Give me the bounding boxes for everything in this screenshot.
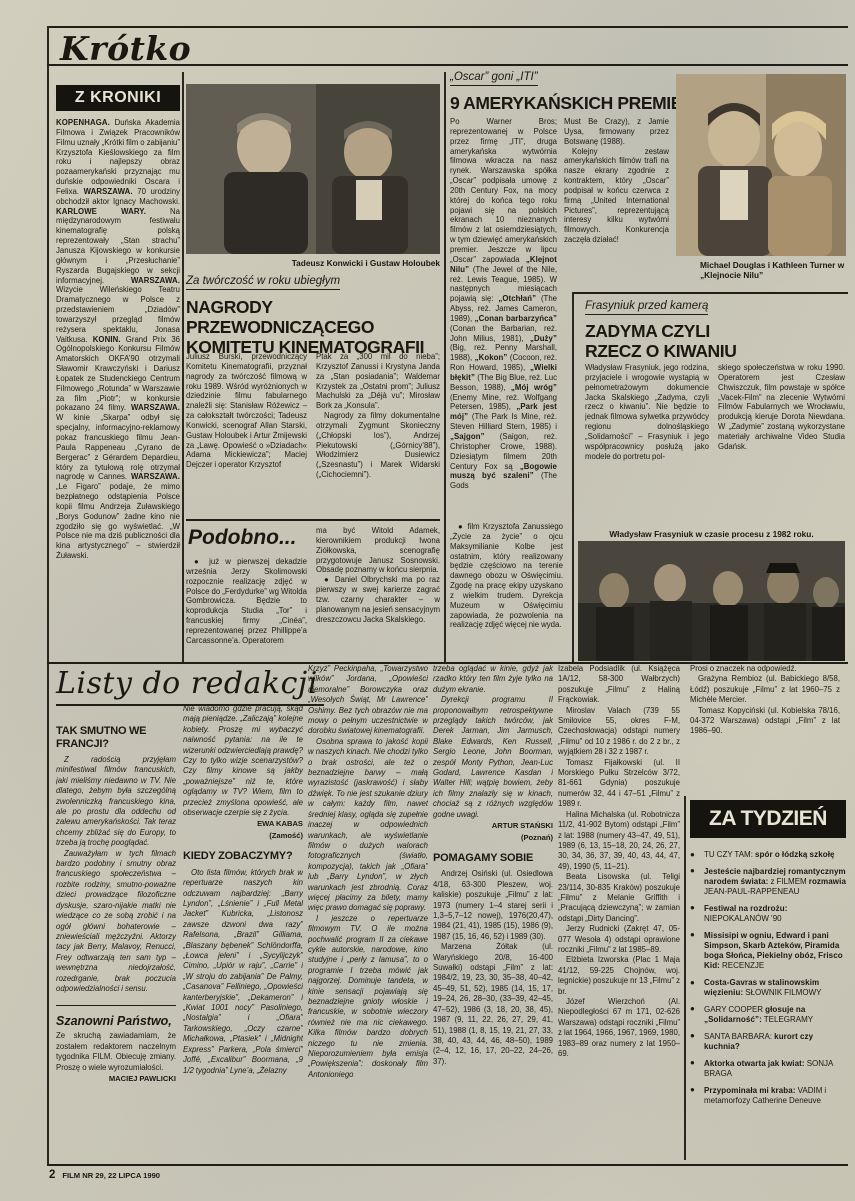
text-block: ma być Witold Adamek, kierownikiem produ… bbox=[316, 526, 440, 575]
text-block: Juliusz Burski, przewodniczący Komitetu … bbox=[186, 352, 307, 470]
podobno-heading: Podobno... bbox=[188, 526, 296, 550]
text-block: Halina Michalska (ul. Robotnicza 11/2, 4… bbox=[558, 810, 680, 872]
frasyniuk-col1: Władysław Frasyniuk, jego rodzina, przyj… bbox=[585, 363, 709, 525]
nagrody-col2: Ptak za „300 mil do nieba”; Krzysztof Za… bbox=[316, 352, 440, 515]
listy-col6: Prosi o znaczek na odpowiedź.Grażyna Rem… bbox=[690, 664, 840, 794]
photo-illustration bbox=[578, 541, 845, 661]
text-block: Nie wiadomo gdzie pracują, skąd mają pie… bbox=[183, 704, 303, 818]
text-block: Tomasz Kopyciński (ul. Kobielska 78/16, … bbox=[690, 706, 840, 737]
text-block: Ptak za „300 mil do nieba”; Krzysztof Za… bbox=[316, 352, 440, 411]
text-block: POMAGAMY SOBIE bbox=[433, 852, 553, 865]
column-divider bbox=[182, 72, 184, 663]
text-block: Must Be Crazy), z Jamie Uysa, firmowany … bbox=[564, 117, 669, 147]
text-block: skiego społeczeństwa w roku 1990. Operat… bbox=[718, 363, 845, 452]
text-block: Krzyż” Peckinpaha, „Towarzystwo wilków” … bbox=[308, 664, 428, 737]
text-block: Józef Wierzchoń (Al. Niepodległości 67 m… bbox=[558, 997, 680, 1059]
text-block: SANTA BARBARA: kurort czy kuchnia? bbox=[690, 1032, 846, 1052]
text-block: Marzena Żółtak (ul. Waryńskiego 20/8, 16… bbox=[433, 942, 553, 1067]
frasyniuk-headline: ZADYMA CZYLI RZECZ O KIWANIU bbox=[585, 321, 845, 361]
podobno-col3: ● film Krzysztofa Zanussiego „Życie za ż… bbox=[450, 522, 563, 662]
text-block: ARTUR STAŃSKI bbox=[433, 821, 553, 831]
frasyniuk-photo bbox=[578, 541, 845, 661]
text-block: Grażyna Rembioz (ul. Babickiego 8/58, Łó… bbox=[690, 674, 840, 705]
text-block: (Poznań) bbox=[433, 833, 553, 843]
text-block: EWA KABAS bbox=[183, 819, 303, 829]
text-block: (Zamość) bbox=[183, 831, 303, 841]
text-block: Miroslav Valach (739 55 Smilovice 55, ok… bbox=[558, 706, 680, 758]
text-block: Osobna sprawa to jakość kopii w naszych … bbox=[308, 737, 428, 914]
text-block: TU CZY TAM: spór o łódzką szkołę bbox=[690, 850, 846, 860]
page-footer: 2 FILM NR 29, 22 LIPCA 1990 bbox=[49, 1169, 160, 1181]
text-block: Zauważyłam w tych filmach bardzo podobny… bbox=[56, 849, 176, 995]
column-divider bbox=[444, 72, 446, 663]
kronika-header: Z KRONIKI bbox=[56, 85, 180, 111]
text-block: Ze skruchą zawiadamiam, że zostałem reda… bbox=[56, 1031, 176, 1073]
newspaper-page: Krótko Z KRONIKI KOPENHAGA. Duńska Akade… bbox=[0, 0, 855, 1201]
text-block: Przypominała mi kraba: VADIM i metamorfo… bbox=[690, 1086, 846, 1106]
frasyniuk-col2: skiego społeczeństwa w roku 1990. Operat… bbox=[718, 363, 845, 525]
masthead-bottom-rule bbox=[47, 64, 848, 66]
text-block: Tomasz Fijałkowski (ul. II Morskiego Puł… bbox=[558, 758, 680, 810]
oscar-col1: Po Warner Bros; reprezentowanej w Polsce… bbox=[450, 117, 557, 518]
frasyniuk-box-top-rule bbox=[572, 292, 848, 294]
text-block: Władysław Frasyniuk, jego rodzina, przyj… bbox=[585, 363, 709, 461]
text-block: TAK SMUTNO WE FRANCJI? bbox=[56, 725, 176, 750]
listy-col2: Nie wiadomo gdzie pracują, skąd mają pie… bbox=[183, 704, 303, 1160]
footer-rule bbox=[47, 1164, 848, 1166]
za-tydzien-left-rule bbox=[684, 796, 686, 1160]
text-block: Costa-Gavras w stalinowskim więzieniu: S… bbox=[690, 978, 846, 998]
text-block: trzeba oglądać w kinie, gdyż jak rzadko … bbox=[433, 664, 553, 695]
text-block: GARY COOPER głosuje na „Solidarność”: TE… bbox=[690, 1005, 846, 1025]
text-block: Aktorka otwarta jak kwiat: SONJA BRAGA bbox=[690, 1059, 846, 1079]
text-block: Jerzy Rudnicki (Zakręt 47, 05-077 Wesoła… bbox=[558, 924, 680, 955]
text-block: Z radością przyjęłam minifestiwal filmów… bbox=[56, 755, 176, 849]
oscar-headline: 9 AMERYKAŃSKICH PREMIER bbox=[450, 93, 675, 113]
listy-heading: Listy do redakcji bbox=[56, 666, 324, 706]
kronika-body: KOPENHAGA. Duńska Akademia Filmowa i Zwi… bbox=[56, 118, 180, 663]
konwicki-holoubek-photo bbox=[186, 84, 440, 254]
nagrody-kicker: Za twórczość w roku ubiegłym bbox=[186, 275, 340, 290]
listy-col1: TAK SMUTNO WE FRANCJI?Z radością przyjęł… bbox=[56, 716, 176, 1160]
text-block: I jeszcze o repertuarze filmowym TV. O i… bbox=[308, 914, 428, 1081]
text-block: Missisipi w ogniu, Edward i pani Simpson… bbox=[690, 931, 846, 972]
za-tydzien-header: ZA TYDZIEŃ bbox=[690, 800, 846, 838]
text-block: Andrzej Osiński (ul. Osiedlowa 4/18, 63-… bbox=[433, 869, 553, 942]
text-block: ● Daniel Olbrychski ma po raz pierwszy w… bbox=[316, 575, 440, 624]
listy-col4: trzeba oglądać w kinie, gdyż jak rzadko … bbox=[433, 664, 553, 1160]
douglas-photo-caption: Michael Douglas i Kathleen Turner w „Kle… bbox=[700, 260, 846, 280]
podobno-col1: ● już w pierwszej dekadzie września Jerz… bbox=[186, 557, 307, 661]
text-block: KOPENHAGA. Duńska Akademia Filmowa i Zwi… bbox=[56, 118, 180, 561]
oscar-kicker: „Oscar” goni „ITI” bbox=[450, 71, 538, 86]
photo-illustration bbox=[676, 74, 846, 256]
nagrody-headline: NAGRODY PRZEWODNICZĄCEGO KOMITETU KINEMA… bbox=[186, 297, 440, 357]
text-block: Po Warner Bros; reprezentowanej w Polsce… bbox=[450, 117, 557, 491]
page-number: 2 bbox=[49, 1169, 55, 1181]
text-block: Kolejny zestaw amerykańskich filmów traf… bbox=[564, 147, 669, 245]
oscar-col2: Must Be Crazy), z Jamie Uysa, firmowany … bbox=[564, 117, 669, 289]
text-block: Oto lista filmów, których brak w repertu… bbox=[183, 868, 303, 1076]
frasyniuk-photo-caption: Władysław Frasyniuk w czasie procesu z 1… bbox=[578, 529, 845, 539]
text-block: MACIEJ PAWLICKI bbox=[56, 1074, 176, 1084]
konwicki-photo-caption: Tadeusz Konwicki i Gustaw Holoubek bbox=[186, 258, 440, 268]
page-left-rule bbox=[47, 26, 49, 1164]
text-block: Jesteście najbardziej romantycznym narod… bbox=[690, 867, 846, 898]
listy-col3: Krzyż” Peckinpaha, „Towarzystwo wilków” … bbox=[308, 664, 428, 1160]
text-block: Elżbieta Izworska (Plac 1 Maja 41/12, 59… bbox=[558, 955, 680, 997]
text-block bbox=[56, 1005, 176, 1006]
text-block: ● film Krzysztofa Zanussiego „Życie za ż… bbox=[450, 522, 563, 630]
nagrody-col1: Juliusz Burski, przewodniczący Komitetu … bbox=[186, 352, 307, 515]
text-block: Prosi o znaczek na odpowiedź. bbox=[690, 664, 840, 674]
masthead-top-rule bbox=[47, 26, 848, 28]
text-block: Dyrekcji programu II proponowałbym retro… bbox=[433, 695, 553, 820]
frasyniuk-kicker: Frasyniuk przed kamerą bbox=[585, 300, 708, 315]
text-block: Szanowni Państwo, bbox=[56, 1015, 176, 1028]
frasyniuk-box-left-rule bbox=[572, 292, 574, 663]
text-block: Nagrody za filmy dokumentalne otrzymali … bbox=[316, 411, 440, 480]
listy-col5: Izabela Podsiadlik (ul. Książęca 1A/12, … bbox=[558, 664, 680, 1160]
za-tydzien-list: TU CZY TAM: spór o łódzką szkołęJesteści… bbox=[690, 850, 846, 1160]
podobno-col2: ma być Witold Adamek, kierownikiem produ… bbox=[316, 526, 440, 662]
text-block: ● już w pierwszej dekadzie września Jerz… bbox=[186, 557, 307, 646]
podobno-top-rule bbox=[186, 519, 440, 521]
text-block: KIEDY ZOBACZYMY? bbox=[183, 850, 303, 863]
photo-illustration bbox=[186, 84, 440, 254]
page-title: Krótko bbox=[60, 29, 191, 68]
issue-line: FILM NR 29, 22 LIPCA 1990 bbox=[62, 1171, 160, 1180]
douglas-turner-photo bbox=[676, 74, 846, 256]
text-block: Izabela Podsiadlik (ul. Książęca 1A/12, … bbox=[558, 664, 680, 706]
text-block: Beata Lisowska (ul. Teligi 23/114, 30-83… bbox=[558, 872, 680, 924]
text-block: Festiwal na rozdrożu: NIEPOKALANÓW ’90 bbox=[690, 904, 846, 924]
